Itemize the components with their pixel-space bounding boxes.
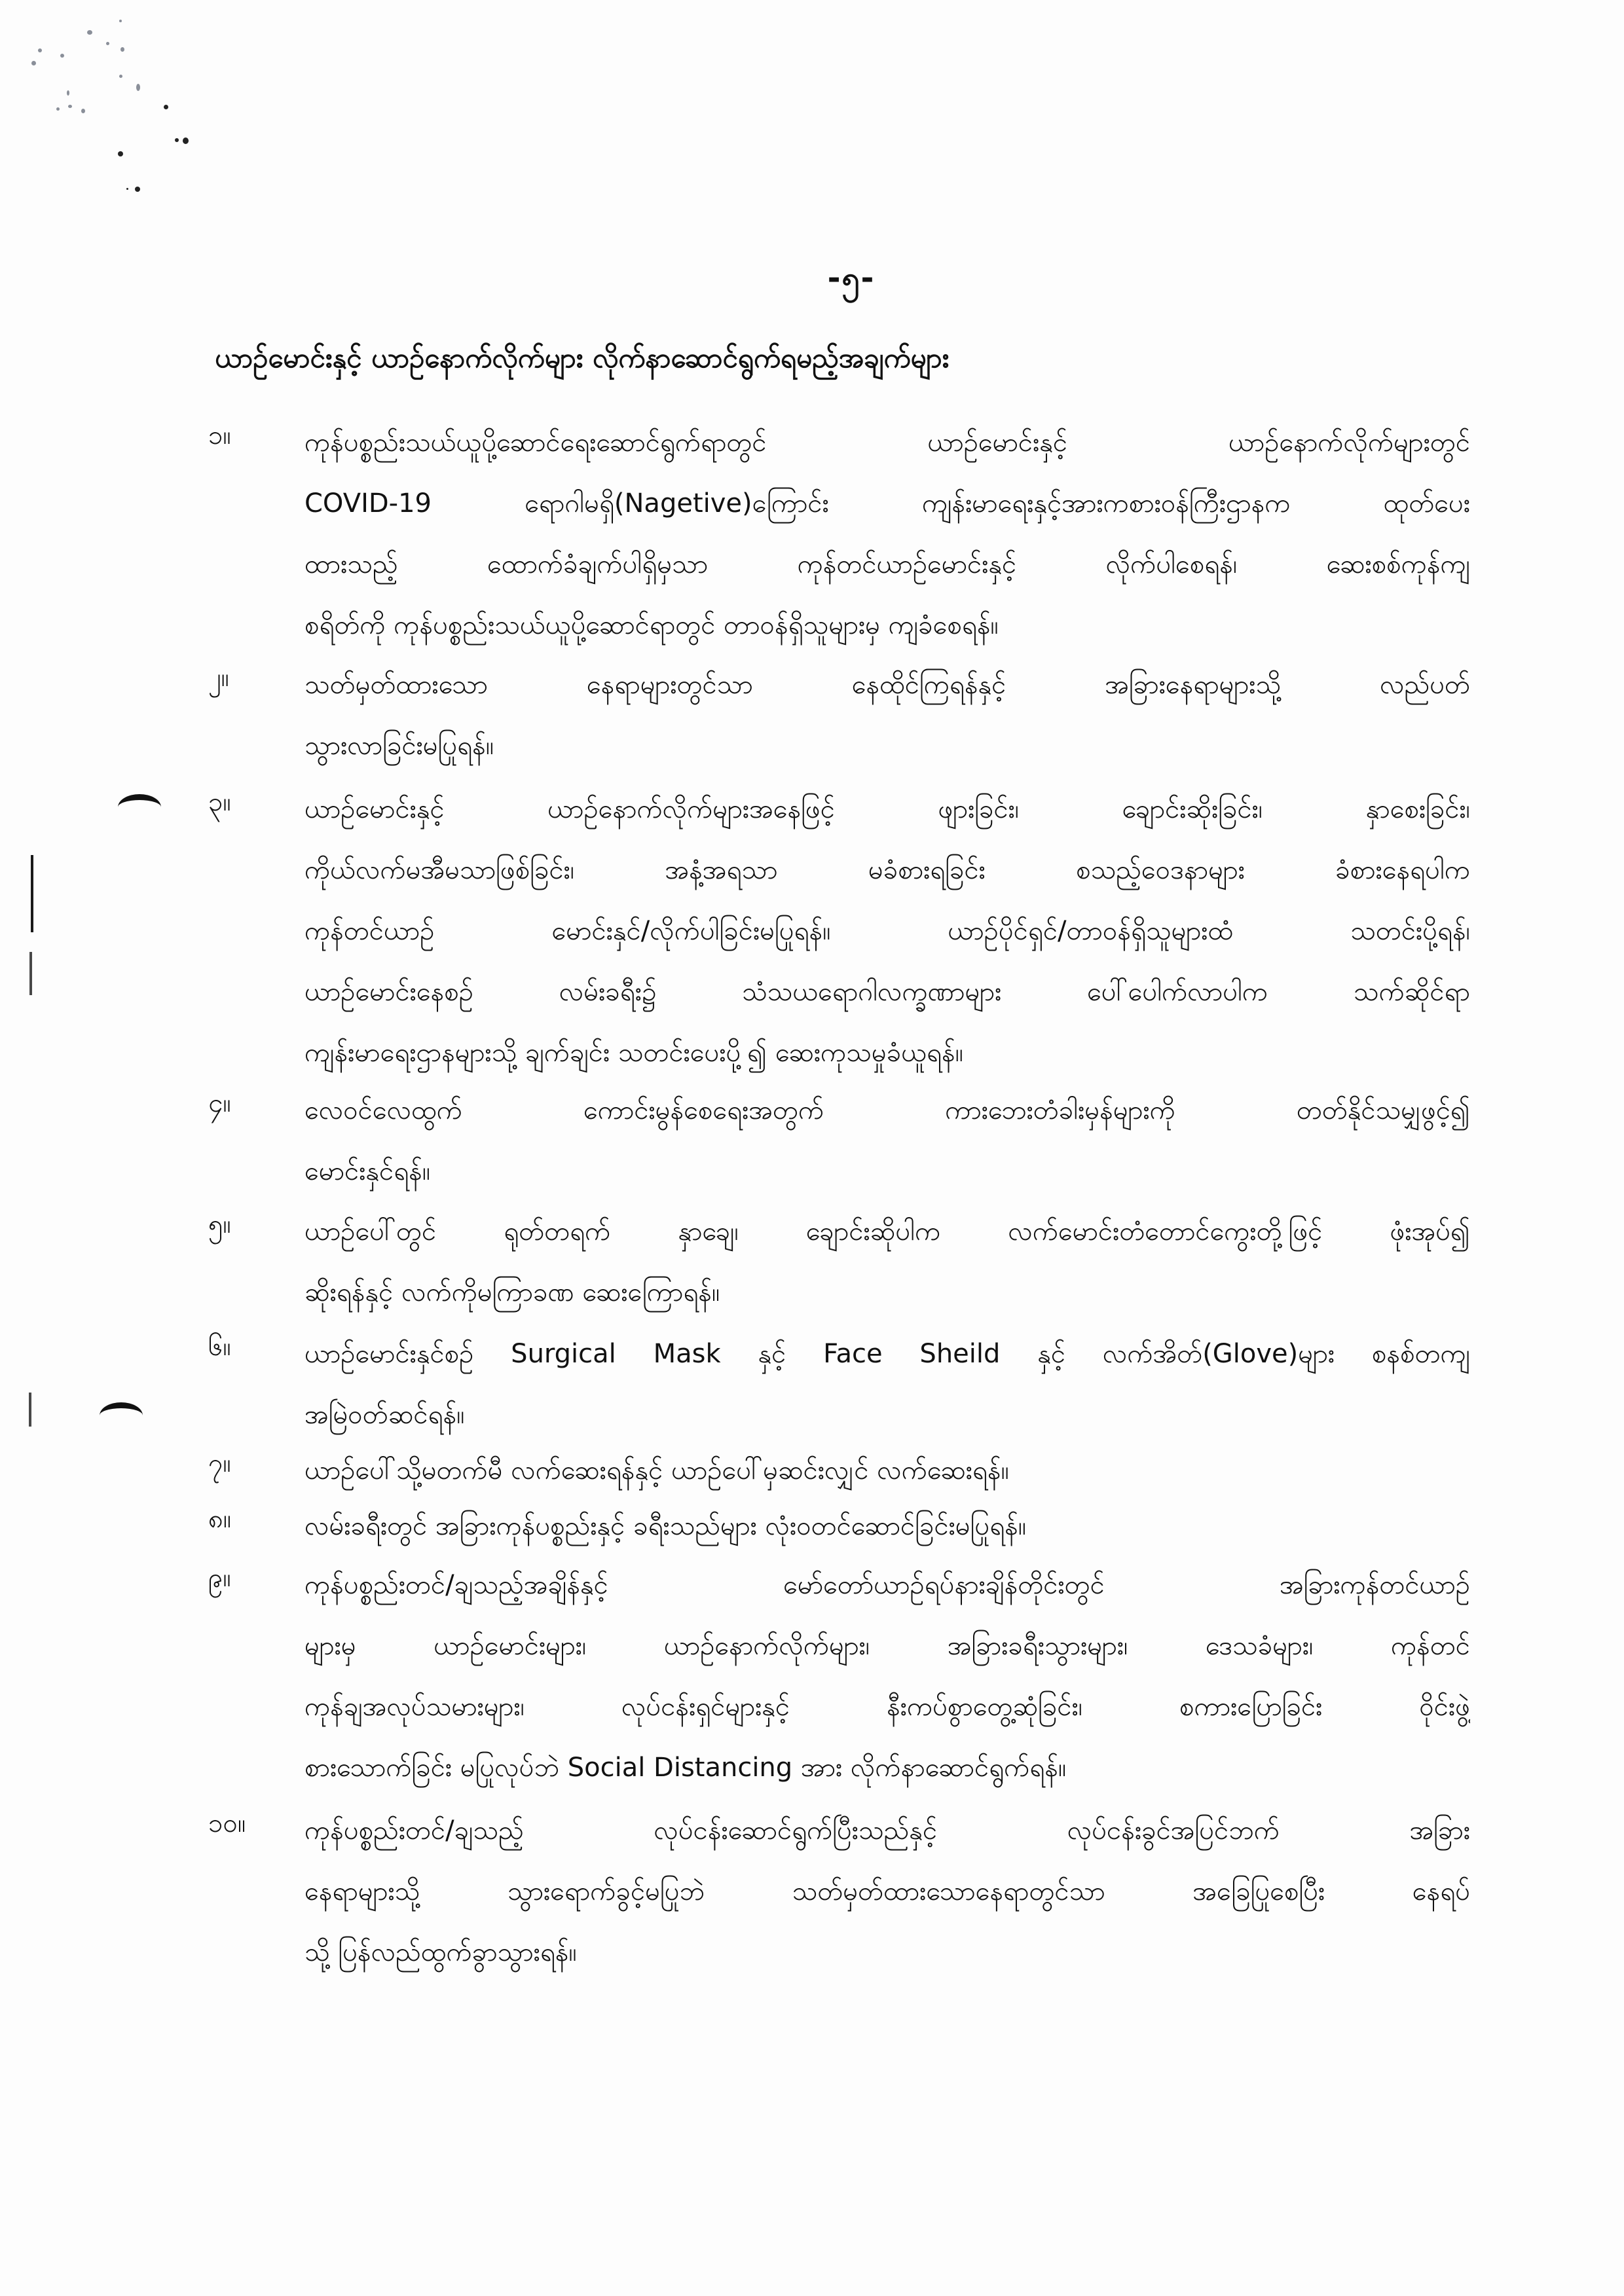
scan-margin-line [29,952,32,995]
item-text: ယာဉ်မောင်းနှင့် ယာဉ်နောက်လိုက်များအနေဖြင… [304,779,1470,1084]
scan-speck [119,20,122,22]
item-text: သတ်မှတ်ထားသော နေရာများတွင်သာ နေထိုင်ကြရန… [304,655,1470,776]
item-line: ကုန်ပစ္စည်းတင်/ချသည့် လုပ်ငန်းဆောင်ရွက်ပ… [304,1800,1470,1861]
item-line: စားသောက်ခြင်း မပြုလုပ်ဘဲ Social Distanci… [304,1738,1470,1798]
item-line: ဆိုးရန်နှင့် လက်ကိုမကြာခဏ ဆေးကြောရန်။ [304,1262,1470,1323]
scan-speck [81,109,85,113]
item-line: ယာဉ်မောင်းနေစဉ် လမ်းခရီး၌ သံသယရောဂါလက္ခဏ… [304,962,1470,1023]
scan-speck [183,137,189,144]
scan-speck [56,107,60,111]
item-line: များမှ ယာဉ်မောင်းများ၊ ယာဉ်နောက်လိုက်မျာ… [304,1616,1470,1677]
punch-hole-arc [118,794,161,820]
scan-margin-line [31,855,33,932]
item-text: ကုန်ပစ္စည်းသယ်ယူပို့ဆောင်ရေးဆောင်ရွက်ရာတ… [304,412,1470,656]
document-page: -၅- ယာဉ်မောင်းနှင့် ယာဉ်နောက်လိုက်များ လ… [0,0,1624,2296]
item-line: သွားလာခြင်းမပြုရန်။ [304,716,1470,776]
item-number: ၂။ [208,655,280,701]
item-text: ကုန်ပစ္စည်းတင်/ချသည့်အချိန်နှင့် မော်တော… [304,1555,1470,1798]
item-text: လေဝင်လေထွက် ကောင်းမွန်စေရေးအတွက် ကားဘေးတ… [304,1080,1470,1202]
item-line: စရိတ်ကို ကုန်ပစ္စည်းသယ်ယူပို့ဆောင်ရာတွင်… [304,595,1470,656]
item-text: ယာဉ်ပေါ်သို့မတက်မီ လက်ဆေးရန်နှင့် ယာဉ်ပေ… [304,1440,1470,1501]
scan-speck [38,48,42,52]
item-number: ၅။ [208,1201,280,1247]
item-text: ကုန်ပစ္စည်းတင်/ချသည့် လုပ်ငန်းဆောင်ရွက်ပ… [304,1800,1470,1983]
item-number: ၈။ [208,1496,280,1542]
item-line: မောင်းနှင်ရန်။ [304,1141,1470,1202]
item-line: သတ်မှတ်ထားသော နေရာများတွင်သာ နေထိုင်ကြရန… [304,655,1470,716]
item-number: ၆။ [208,1324,280,1370]
item-line: ကုန်ပစ္စည်းတင်/ချသည့်အချိန်နှင့် မော်တော… [304,1555,1470,1616]
scan-speck [135,187,140,192]
scan-speck [126,188,128,190]
scan-speck [31,61,36,65]
item-line: ယာဉ်မောင်းနှင်စဉ် Surgical Mask နှင့် Fa… [304,1324,1470,1385]
item-line: လေဝင်လေထွက် ကောင်းမွန်စေရေးအတွက် ကားဘေးတ… [304,1080,1470,1141]
item-number: ၁။ [208,412,280,458]
item-line: ယာဉ်ပေါ်တွင် ရုတ်တရက် နှာချေ၊ ချောင်းဆို… [304,1201,1470,1262]
scan-speck [136,84,140,91]
scan-speck [68,105,72,108]
item-line: ကုန်တင်ယာဉ် မောင်းနှင်/လိုက်ပါခြင်းမပြုရ… [304,901,1470,962]
item-text: ယာဉ်ပေါ်တွင် ရုတ်တရက် နှာချေ၊ ချောင်းဆို… [304,1201,1470,1323]
scan-speck [118,151,123,156]
page-number: -၅- [812,259,891,304]
item-line: ကုန်ချအလုပ်သမားများ၊ လုပ်ငန်းရှင်များနှင… [304,1677,1470,1738]
item-line: ယာဉ်မောင်းနှင့် ယာဉ်နောက်လိုက်များအနေဖြင… [304,779,1470,840]
item-line: ကျန်းမာရေးဌာနများသို့ ချက်ချင်း သတင်းပေး… [304,1023,1470,1084]
item-text: ယာဉ်မောင်းနှင်စဉ် Surgical Mask နှင့် Fa… [304,1324,1470,1446]
scan-margin-line [29,1393,31,1427]
item-line: ကုန်ပစ္စည်းသယ်ယူပို့ဆောင်ရေးဆောင်ရွက်ရာတ… [304,412,1470,473]
scan-speck [60,54,64,58]
item-line: ယာဉ်ပေါ်သို့မတက်မီ လက်ဆေးရန်နှင့် ယာဉ်ပေ… [304,1440,1470,1501]
scan-speck [175,138,179,142]
item-line: နေရာများသို့ သွားရောက်ခွင့်မပြုဘဲ သတ်မှတ… [304,1861,1470,1922]
scan-speck [106,42,109,45]
item-text: လမ်းခရီးတွင် အခြားကုန်ပစ္စည်းနှင့် ခရီးသ… [304,1496,1470,1557]
scan-speck [120,47,124,52]
item-number: ၇။ [208,1440,280,1486]
item-line: သို့ ပြန်လည်ထွက်ခွာသွားရန်။ [304,1922,1470,1983]
item-number: ၃။ [208,779,280,825]
item-number: ၄။ [208,1080,280,1126]
item-line: အမြဲဝတ်ဆင်ရန်။ [304,1385,1470,1446]
punch-hole-arc [100,1402,143,1429]
document-title: ယာဉ်မောင်းနှင့် ယာဉ်နောက်လိုက်များ လိုက်… [215,340,1459,381]
scan-speck [87,30,92,35]
item-number: ၁၀။ [208,1800,280,1846]
item-number: ၉။ [208,1555,280,1601]
item-line: COVID-19 ရောဂါမရှိ(Nagetive)ကြောင်း ကျန်… [304,473,1470,534]
item-line: လမ်းခရီးတွင် အခြားကုန်ပစ္စည်းနှင့် ခရီးသ… [304,1496,1470,1557]
item-line: ထားသည့် ထောက်ခံချက်ပါရှိမှသာ ကုန်တင်ယာဉ်… [304,534,1470,595]
scan-speck [164,105,168,109]
item-line: ကိုယ်လက်မအီမသာဖြစ်ခြင်း၊ အနံ့အရသာ မခံစား… [304,840,1470,901]
scan-speck [119,75,122,78]
scan-speck [67,90,69,96]
